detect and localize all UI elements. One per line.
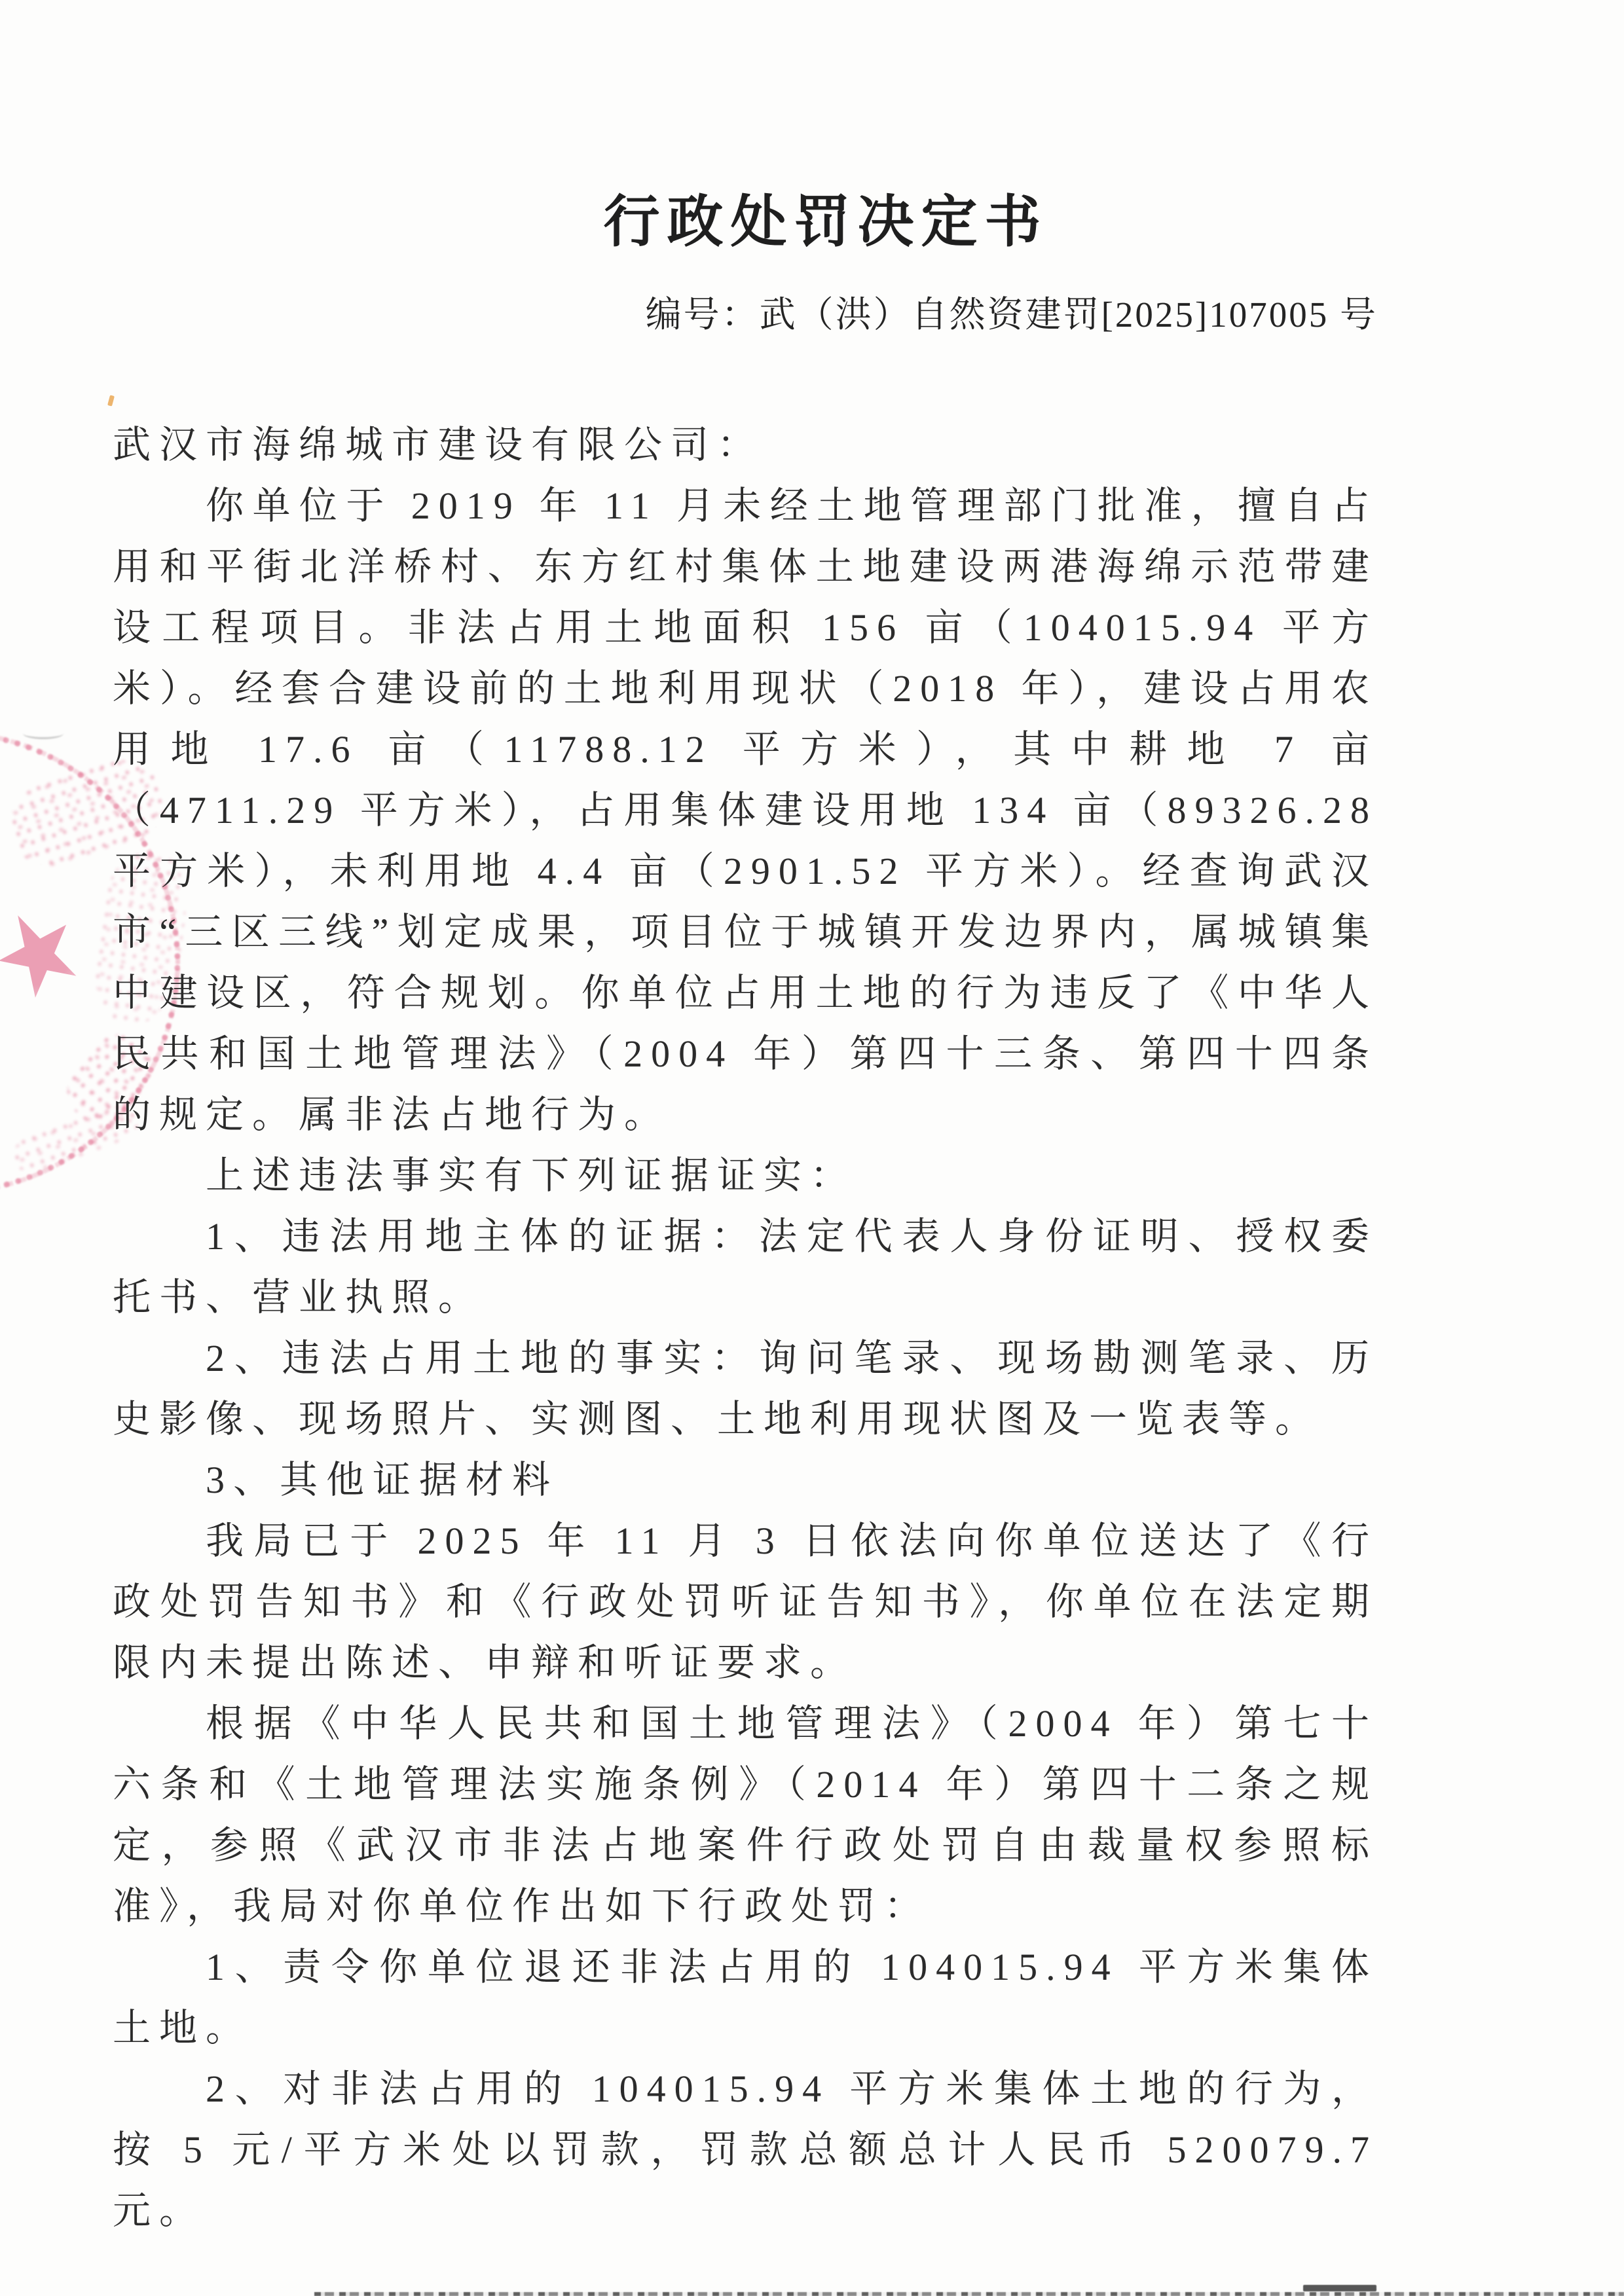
recipient-line: 武汉市海绵城市建设有限公司： — [113, 414, 1378, 475]
paragraph-penalty-2: 2、对非法占用的 104015.94 平方米集体土地的行为，按 5 元/平方米处… — [113, 2058, 1378, 2241]
scan-speck — [23, 728, 64, 739]
paragraph-legal-basis: 根据《中华人民共和国土地管理法》（2004 年）第七十六条和《土地管理法实施条例… — [113, 1693, 1378, 1937]
page-title: 行政处罚决定书 — [0, 194, 1624, 250]
scanned-document-page: 行政处罚决定书 编号：武（洪）自然资建罚[2025]107005 号 武汉市海绵… — [0, 0, 1624, 2296]
paragraph-evidence-2: 2、违法占用土地的事实：询问笔录、现场勘测笔录、历史影像、现场照片、实测图、土地… — [113, 1328, 1378, 1449]
paragraph-evidence-3: 3、其他证据材料 — [113, 1449, 1378, 1510]
scan-speck — [107, 395, 115, 406]
paragraph-penalty-1: 1、责令你单位退还非法占用的 104015.94 平方米集体土地。 — [113, 1937, 1378, 2058]
paragraph-evidence-1: 1、违法用地主体的证据：法定代表人身份证明、授权委托书、营业执照。 — [113, 1206, 1378, 1328]
scan-artifact-bottom-edge — [314, 2292, 1624, 2296]
seal-star-icon — [0, 896, 95, 1012]
paragraph-evidence-intro: 上述违法事实有下列证据证实： — [113, 1145, 1378, 1206]
document-number: 编号：武（洪）自然资建罚[2025]107005 号 — [113, 293, 1378, 337]
paragraph-facts: 你单位于 2019 年 11 月未经土地管理部门批准，擅自占用和平街北洋桥村、东… — [113, 475, 1378, 1145]
scan-artifact-blob — [1303, 2285, 1376, 2291]
document-body: 武汉市海绵城市建设有限公司： 你单位于 2019 年 11 月未经土地管理部门批… — [113, 414, 1378, 2241]
paragraph-notification: 我局已于 2025 年 11 月 3 日依法向你单位送达了《行政处罚告知书》和《… — [113, 1510, 1378, 1693]
